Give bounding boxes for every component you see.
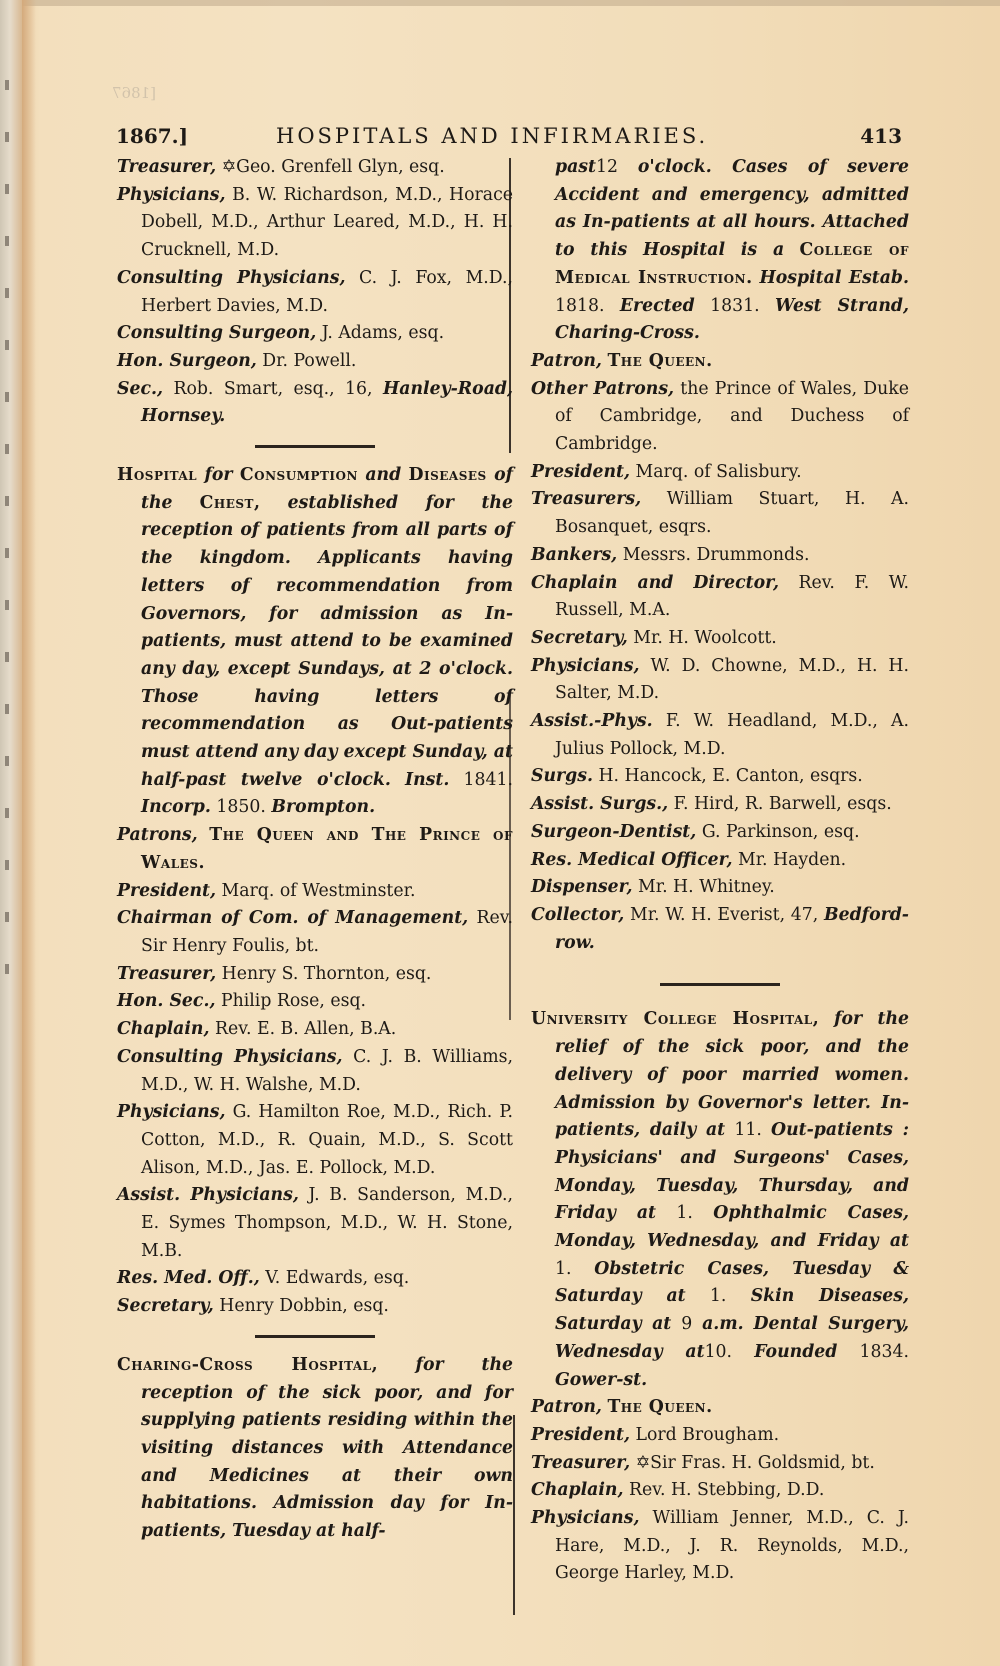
officer-entry: Res. Med. Off., V. Edwards, esq. [117, 1265, 513, 1293]
spine-mark [5, 652, 9, 662]
spine-mark [5, 340, 9, 350]
spine-mark [5, 912, 9, 922]
officer-entry: Treasurer, ✡Sir Fras. H. Goldsmid, bt. [531, 1450, 909, 1478]
spine-mark [5, 132, 9, 142]
hospital-heading-consumption: Hospital for Consumption and Diseases of… [117, 462, 513, 822]
officer-entry: President, Lord Brougham. [531, 1422, 909, 1450]
spine-mark [5, 392, 9, 402]
officer-entry: Treasurer, Henry S. Thornton, esq. [117, 961, 513, 989]
book-page: [1867 1867.] HOSPITALS AND INFIRMARIES. … [0, 0, 1000, 1666]
spine-mark [5, 964, 9, 974]
charing-cross-continuation: past12 o'clock. Cases of severe Accident… [531, 154, 909, 348]
officer-entry: President, Marq. of Salisbury. [531, 459, 909, 487]
section-rule [255, 445, 375, 448]
officer-entry: Assist.-Phys. F. W. Headland, M.D., A. J… [531, 708, 909, 763]
officer-entry: Consulting Physicians, C. J. B. Williams… [117, 1044, 513, 1099]
spine-mark [5, 184, 9, 194]
officer-entry: Hon. Sec., Philip Rose, esq. [117, 988, 513, 1016]
officer-entry: Collector, Mr. W. H. Everist, 47, Bedfor… [531, 902, 909, 957]
officer-entry: Treasurers, William Stuart, H. A. Bosanq… [531, 486, 909, 541]
spine-mark [5, 548, 9, 558]
hospital-heading-university-college: University College Hospital, for the rel… [531, 1006, 909, 1394]
officer-entry: Surgs. H. Hancock, E. Canton, esqrs. [531, 763, 909, 791]
officer-entry: Physicians, W. D. Chowne, M.D., H. H. Sa… [531, 653, 909, 708]
spine-mark [5, 496, 9, 506]
officer-entry: Res. Medical Officer, Mr. Hayden. [531, 847, 909, 875]
officer-entry: Chaplain, Rev. E. B. Allen, B.A. [117, 1016, 513, 1044]
officer-entry: Consulting Surgeon, J. Adams, esq. [117, 320, 513, 348]
spine-mark [5, 236, 9, 246]
officer-entry: Sec., Rob. Smart, esq., 16, Hanley-Road,… [117, 376, 513, 431]
officer-entry: President, Marq. of Westminster. [117, 878, 513, 906]
header-title: HOSPITALS AND INFIRMARIES. [276, 124, 708, 148]
officer-entry: Secretary, Mr. H. Woolcott. [531, 625, 909, 653]
right-column: past12 o'clock. Cases of severe Accident… [531, 154, 909, 1588]
officer-entry: Chaplain, Rev. H. Stebbing, D.D. [531, 1477, 909, 1505]
spine-mark [5, 704, 9, 714]
officer-entry: Hon. Surgeon, Dr. Powell. [117, 348, 513, 376]
officer-entry: Treasurer, ✡Geo. Grenfell Glyn, esq. [117, 154, 513, 182]
officer-entry: Secretary, Henry Dobbin, esq. [117, 1293, 513, 1321]
section-rule [660, 983, 780, 986]
spine-mark [5, 600, 9, 610]
officer-entry: Physicians, William Jenner, M.D., C. J. … [531, 1505, 909, 1588]
page-top-edge [0, 0, 1000, 6]
officer-entry: Chairman of Com. of Management, Rev. Sir… [117, 905, 513, 960]
book-spine [0, 0, 22, 1666]
officer-entry: Bankers, Messrs. Drummonds. [531, 542, 909, 570]
officer-entry: Patron, The Queen. [531, 1394, 909, 1422]
column-divider-bottom [513, 1415, 515, 1615]
running-header: 1867.] HOSPITALS AND INFIRMARIES. 413 [116, 124, 902, 154]
gutter-shadow [22, 0, 36, 1666]
bleed-through-text: [1867 [112, 84, 156, 102]
officer-entry: Assist. Physicians, J. B. Sanderson, M.D… [117, 1182, 513, 1265]
page-number: 413 [860, 124, 902, 148]
spine-marks [2, 80, 16, 980]
officer-entry: Consulting Physicians, C. J. Fox, M.D., … [117, 265, 513, 320]
spine-mark [5, 288, 9, 298]
spine-mark [5, 808, 9, 818]
officer-entry: Patron, The Queen. [531, 348, 909, 376]
header-year: 1867.] [116, 124, 188, 148]
spine-mark [5, 444, 9, 454]
officer-entry: Patrons, The Queen and The Prince of Wal… [117, 822, 513, 877]
officer-entry: Surgeon-Dentist, G. Parkinson, esq. [531, 819, 909, 847]
officer-entry: Physicians, B. W. Richardson, M.D., Hora… [117, 182, 513, 265]
spine-mark [5, 80, 9, 90]
officer-entry: Assist. Surgs., F. Hird, R. Barwell, esq… [531, 791, 909, 819]
section-rule [255, 1335, 375, 1338]
officer-entry: Other Patrons, the Prince of Wales, Duke… [531, 376, 909, 459]
hospital-heading-charing-cross: Charing-Cross Hospital, for the receptio… [117, 1352, 513, 1546]
officer-entry: Chaplain and Director, Rev. F. W. Russel… [531, 570, 909, 625]
spine-mark [5, 756, 9, 766]
officer-entry: Dispenser, Mr. H. Whitney. [531, 874, 909, 902]
spine-mark [5, 860, 9, 870]
left-column: Treasurer, ✡Geo. Grenfell Glyn, esq. Phy… [117, 154, 513, 1546]
officer-entry: Physicians, G. Hamilton Roe, M.D., Rich.… [117, 1099, 513, 1182]
